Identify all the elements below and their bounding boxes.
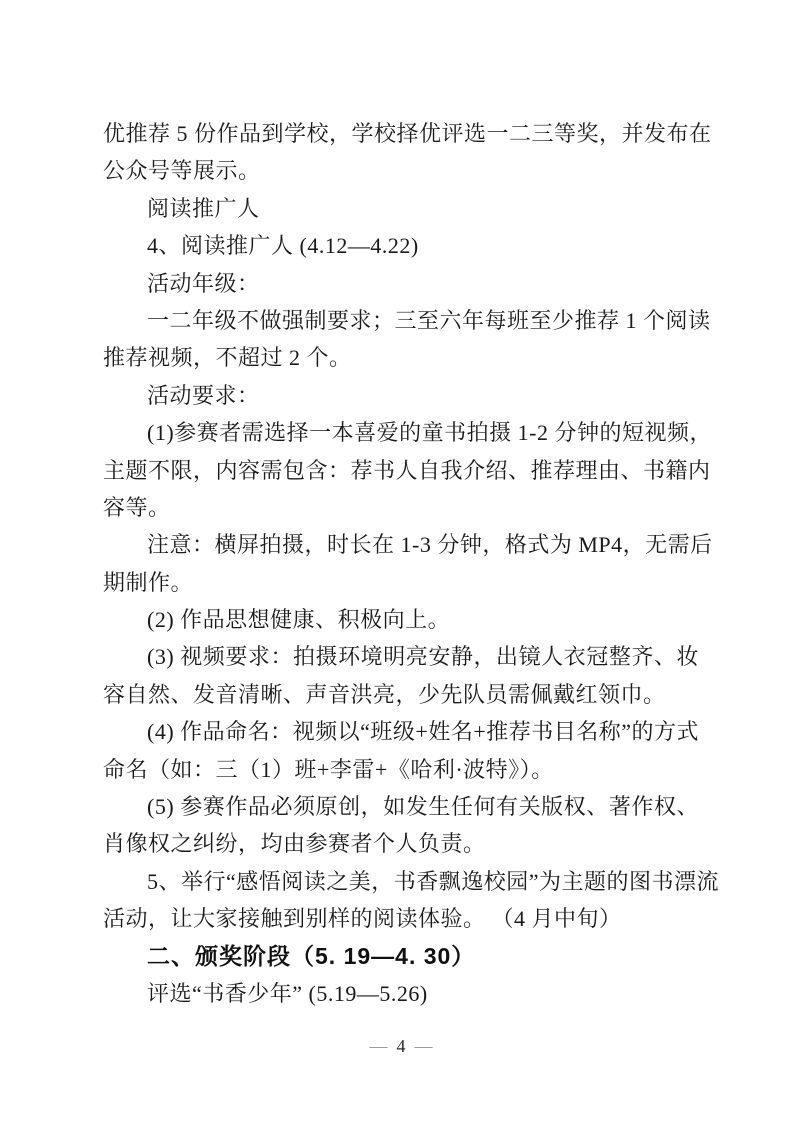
text-line: 4、阅读推广人 (4.12—4.22) (103, 227, 699, 264)
text-line: (5) 参赛作品必须原创，如发生任何有关版权、著作权、 (103, 788, 699, 825)
text-line: 活动，让大家接触到别样的阅读体验。 （4 月中旬） (103, 900, 699, 937)
page-number: 4 (397, 1036, 406, 1056)
section-heading: 二、颁奖阶段（5. 19—4. 30） (103, 938, 699, 975)
footer-dash-right: — (415, 1036, 433, 1056)
footer-dash-left: — (370, 1036, 388, 1056)
text-line: 5、举行“感悟阅读之美，书香飘逸校园”为主题的图书漂流 (103, 863, 699, 900)
text-line: 命名（如：三（1）班+李雷+《哈利·波特》）。 (103, 751, 699, 788)
text-line: 容等。 (103, 489, 699, 526)
text-line: (2) 作品思想健康、积极向上。 (103, 601, 699, 638)
text-line: (3) 视频要求：拍摄环境明亮安静，出镜人衣冠整齐、妆 (103, 638, 699, 675)
document-page: 优推荐 5 份作品到学校，学校择优评选一二三等奖，并发布在公众号等展示。阅读推广… (0, 0, 793, 1122)
text-line: 注意：横屏拍摄，时长在 1-3 分钟，格式为 MP4，无需后 (103, 526, 699, 563)
text-line: 优推荐 5 份作品到学校，学校择优评选一二三等奖，并发布在 (103, 115, 699, 152)
text-line: 一二年级不做强制要求；三至六年每班至少推荐 1 个阅读 (103, 302, 699, 339)
document-body: 优推荐 5 份作品到学校，学校择优评选一二三等奖，并发布在公众号等展示。阅读推广… (103, 115, 699, 1012)
page-footer: —4— (103, 1033, 699, 1059)
text-line: 评选“书香少年” (5.19—5.26) (103, 975, 699, 1012)
text-line: 肖像权之纠纷，均由参赛者个人负责。 (103, 825, 699, 862)
text-line: 主题不限，内容需包含：荐书人自我介绍、推荐理由、书籍内 (103, 452, 699, 489)
text-line: 期制作。 (103, 564, 699, 601)
text-line: 阅读推广人 (103, 190, 699, 227)
text-line: 容自然、发音清晰、声音洪亮，少先队员需佩戴红领巾。 (103, 676, 699, 713)
text-line: 公众号等展示。 (103, 152, 699, 189)
text-line: (1)参赛者需选择一本喜爱的童书拍摄 1-2 分钟的短视频， (103, 414, 699, 451)
text-line: 推荐视频，不超过 2 个。 (103, 339, 699, 376)
text-line: 活动要求： (103, 377, 699, 414)
text-line: (4) 作品命名：视频以“班级+姓名+推荐书目名称”的方式 (103, 713, 699, 750)
text-line: 活动年级： (103, 265, 699, 302)
